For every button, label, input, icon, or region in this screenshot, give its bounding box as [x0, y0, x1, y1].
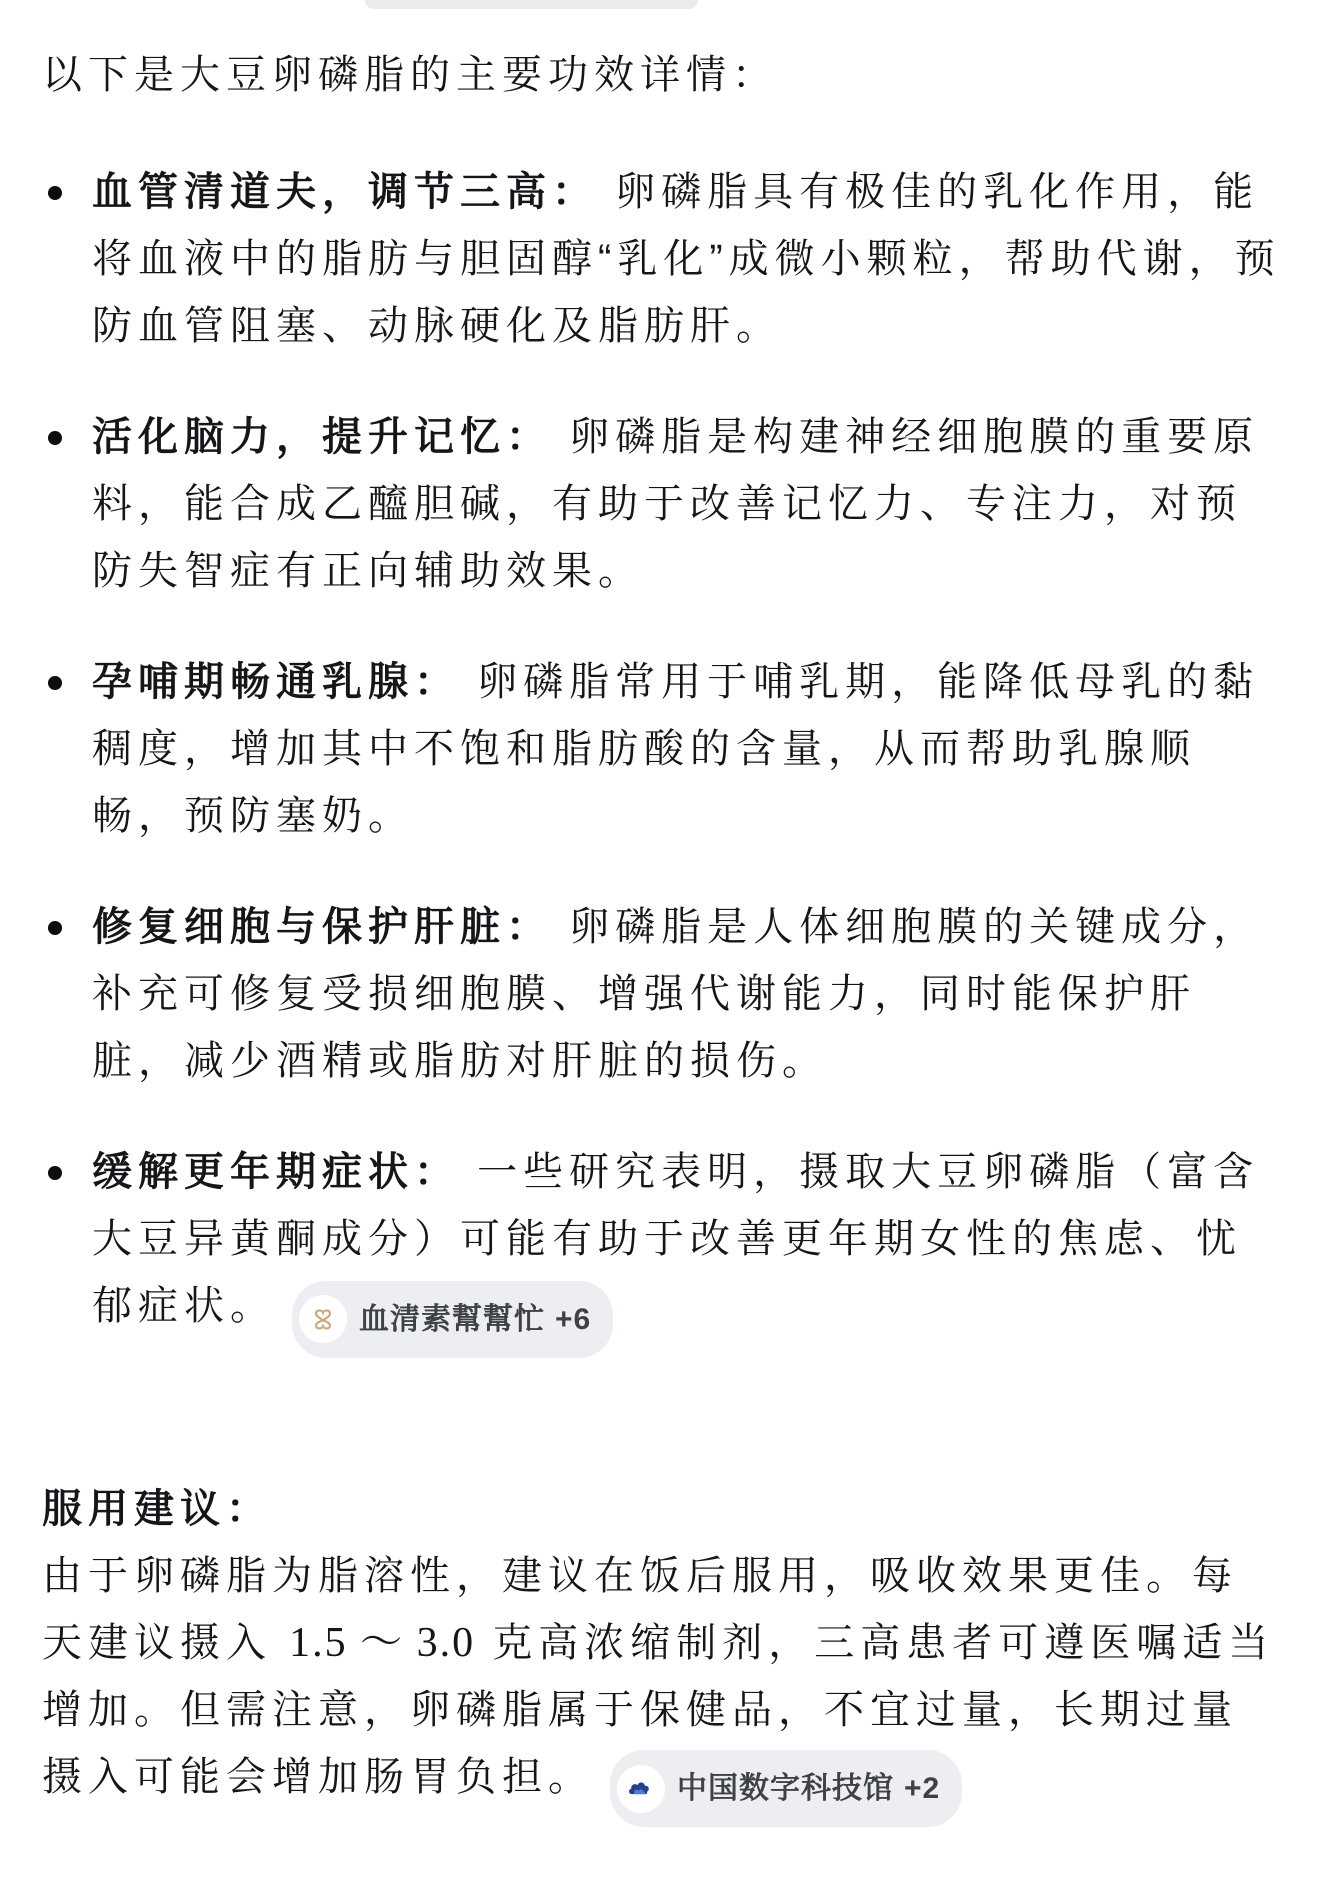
benefit-item-brain: 活化脑力，提升记忆： 卵磷脂是构建神经细胞膜的重要原料，能合成乙醯胆碱，有助于改… [42, 404, 1282, 605]
benefit-title: 血管清道夫，调节三高： [92, 170, 598, 214]
bullet-dot [48, 186, 62, 200]
benefits-list: 血管清道夫，调节三高： 卵磷脂具有极佳的乳化作用，能将血液中的脂肪与胆固醇“乳化… [42, 159, 1282, 1358]
dosage-range: 1.5 ～ 3.0 [289, 1620, 475, 1666]
assistant-message: 以下是大豆卵磷脂的主要功效详情： 血管清道夫，调节三高： 卵磷脂具有极佳的乳化作… [0, 0, 1320, 1827]
benefit-item-menopause: 缓解更年期症状： 一些研究表明，摄取大豆卵磷脂（富含大豆异黄酮成分）可能有助于改… [42, 1139, 1282, 1358]
citation-badge-museum[interactable]: 中国数字科技馆+2 [610, 1750, 962, 1827]
benefit-item-vascular: 血管清道夫，调节三高： 卵磷脂具有极佳的乳化作用，能将血液中的脂肪与胆固醇“乳化… [42, 159, 1282, 360]
bullet-dot [48, 1166, 62, 1180]
dosage-advice-section: 服用建议：由于卵磷脂为脂溶性，建议在饭后服用，吸收效果更佳。每天建议摄入 1.5… [42, 1476, 1282, 1828]
bullet-dot [48, 921, 62, 935]
citation-count: +6 [555, 1286, 591, 1353]
collapsed-pill-fragment [365, 0, 698, 9]
benefit-title: 修复细胞与保护肝脏： [92, 905, 552, 949]
benefit-item-lactation: 孕哺期畅通乳腺： 卵磷脂常用于哺乳期，能降低母乳的黏稠度，增加其中不饱和脂肪酸的… [42, 649, 1282, 850]
benefit-title: 活化脑力，提升记忆： [92, 415, 552, 459]
bullet-dot [48, 431, 62, 445]
china-digital-science-museum-icon [617, 1765, 665, 1813]
intro-line: 以下是大豆卵磷脂的主要功效详情： [42, 42, 1282, 109]
benefit-item-liver: 修复细胞与保护肝脏： 卵磷脂是人体细胞膜的关键成分，补充可修复受损细胞膜、增强代… [42, 894, 1282, 1095]
citation-label: 血清素幫幫忙 [359, 1286, 545, 1353]
benefit-title: 孕哺期畅通乳腺： [92, 660, 460, 704]
citation-label: 中国数字科技馆 [677, 1755, 894, 1822]
advice-heading: 服用建议： [42, 1476, 1282, 1543]
serotonin-heart-icon [299, 1295, 347, 1343]
bullet-dot [48, 676, 62, 690]
citation-badge-serotonin[interactable]: 血清素幫幫忙+6 [292, 1281, 613, 1358]
citation-count: +2 [904, 1755, 940, 1822]
benefit-title: 缓解更年期症状： [92, 1150, 460, 1194]
